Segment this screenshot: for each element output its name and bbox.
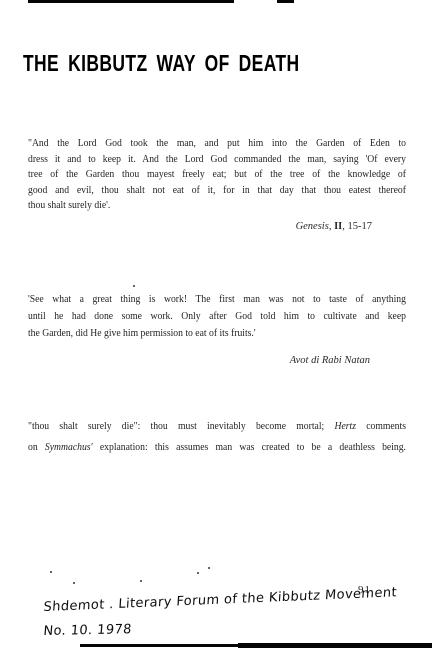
quote-avot: 'See what a great thing is work! The fir… [28, 291, 406, 341]
scan-artifact-top-bar [28, 0, 234, 3]
attribution-avot: Avot di Rabi Natan [28, 355, 406, 366]
handwritten-note-line-1: Shdemot . Literary Forum of the Kibbutz … [43, 585, 397, 615]
scan-noise-dot [73, 582, 75, 584]
quote-line: thou shalt surely die'. [28, 198, 406, 214]
quote-line: the Garden, did He give him permission t… [28, 325, 406, 342]
scan-noise-dot [208, 567, 210, 569]
quote-line: good and evil, thou shalt not eat of it,… [28, 183, 406, 199]
page-title: THE KIBBUTZ WAY OF DEATH [23, 50, 299, 77]
scanned-page: THE KIBBUTZ WAY OF DEATH "And the Lord G… [0, 0, 432, 648]
scan-artifact-bottom-bar-thick [238, 643, 432, 648]
quote-line: "And the Lord God took the man, and put … [28, 136, 406, 152]
scan-artifact-top-speck [277, 0, 294, 3]
scan-noise-dot [140, 580, 142, 582]
handwritten-note-line-2: No. 10. 1978 [43, 622, 133, 639]
paragraph-commentary: "thou shalt surely die": thou must inevi… [28, 416, 406, 457]
quote-line: "thou shalt surely die": thou must inevi… [28, 416, 406, 437]
quote-line: 'See what a great thing is work! The fir… [28, 291, 406, 308]
quote-line: until he had done some work. Only after … [28, 308, 406, 325]
scan-noise-dot [133, 285, 135, 287]
scan-noise-dot [50, 571, 52, 573]
quote-line: on Symmachus' explanation: this assumes … [28, 437, 406, 458]
attribution-genesis: Genesis, II, 15-17 [28, 221, 406, 232]
quote-line: dress it and to keep it. And the Lord Go… [28, 152, 406, 168]
quote-genesis: "And the Lord God took the man, and put … [28, 136, 406, 214]
scan-noise-dot [197, 572, 199, 574]
quote-line: tree of the Garden thou mayest freely ea… [28, 167, 406, 183]
